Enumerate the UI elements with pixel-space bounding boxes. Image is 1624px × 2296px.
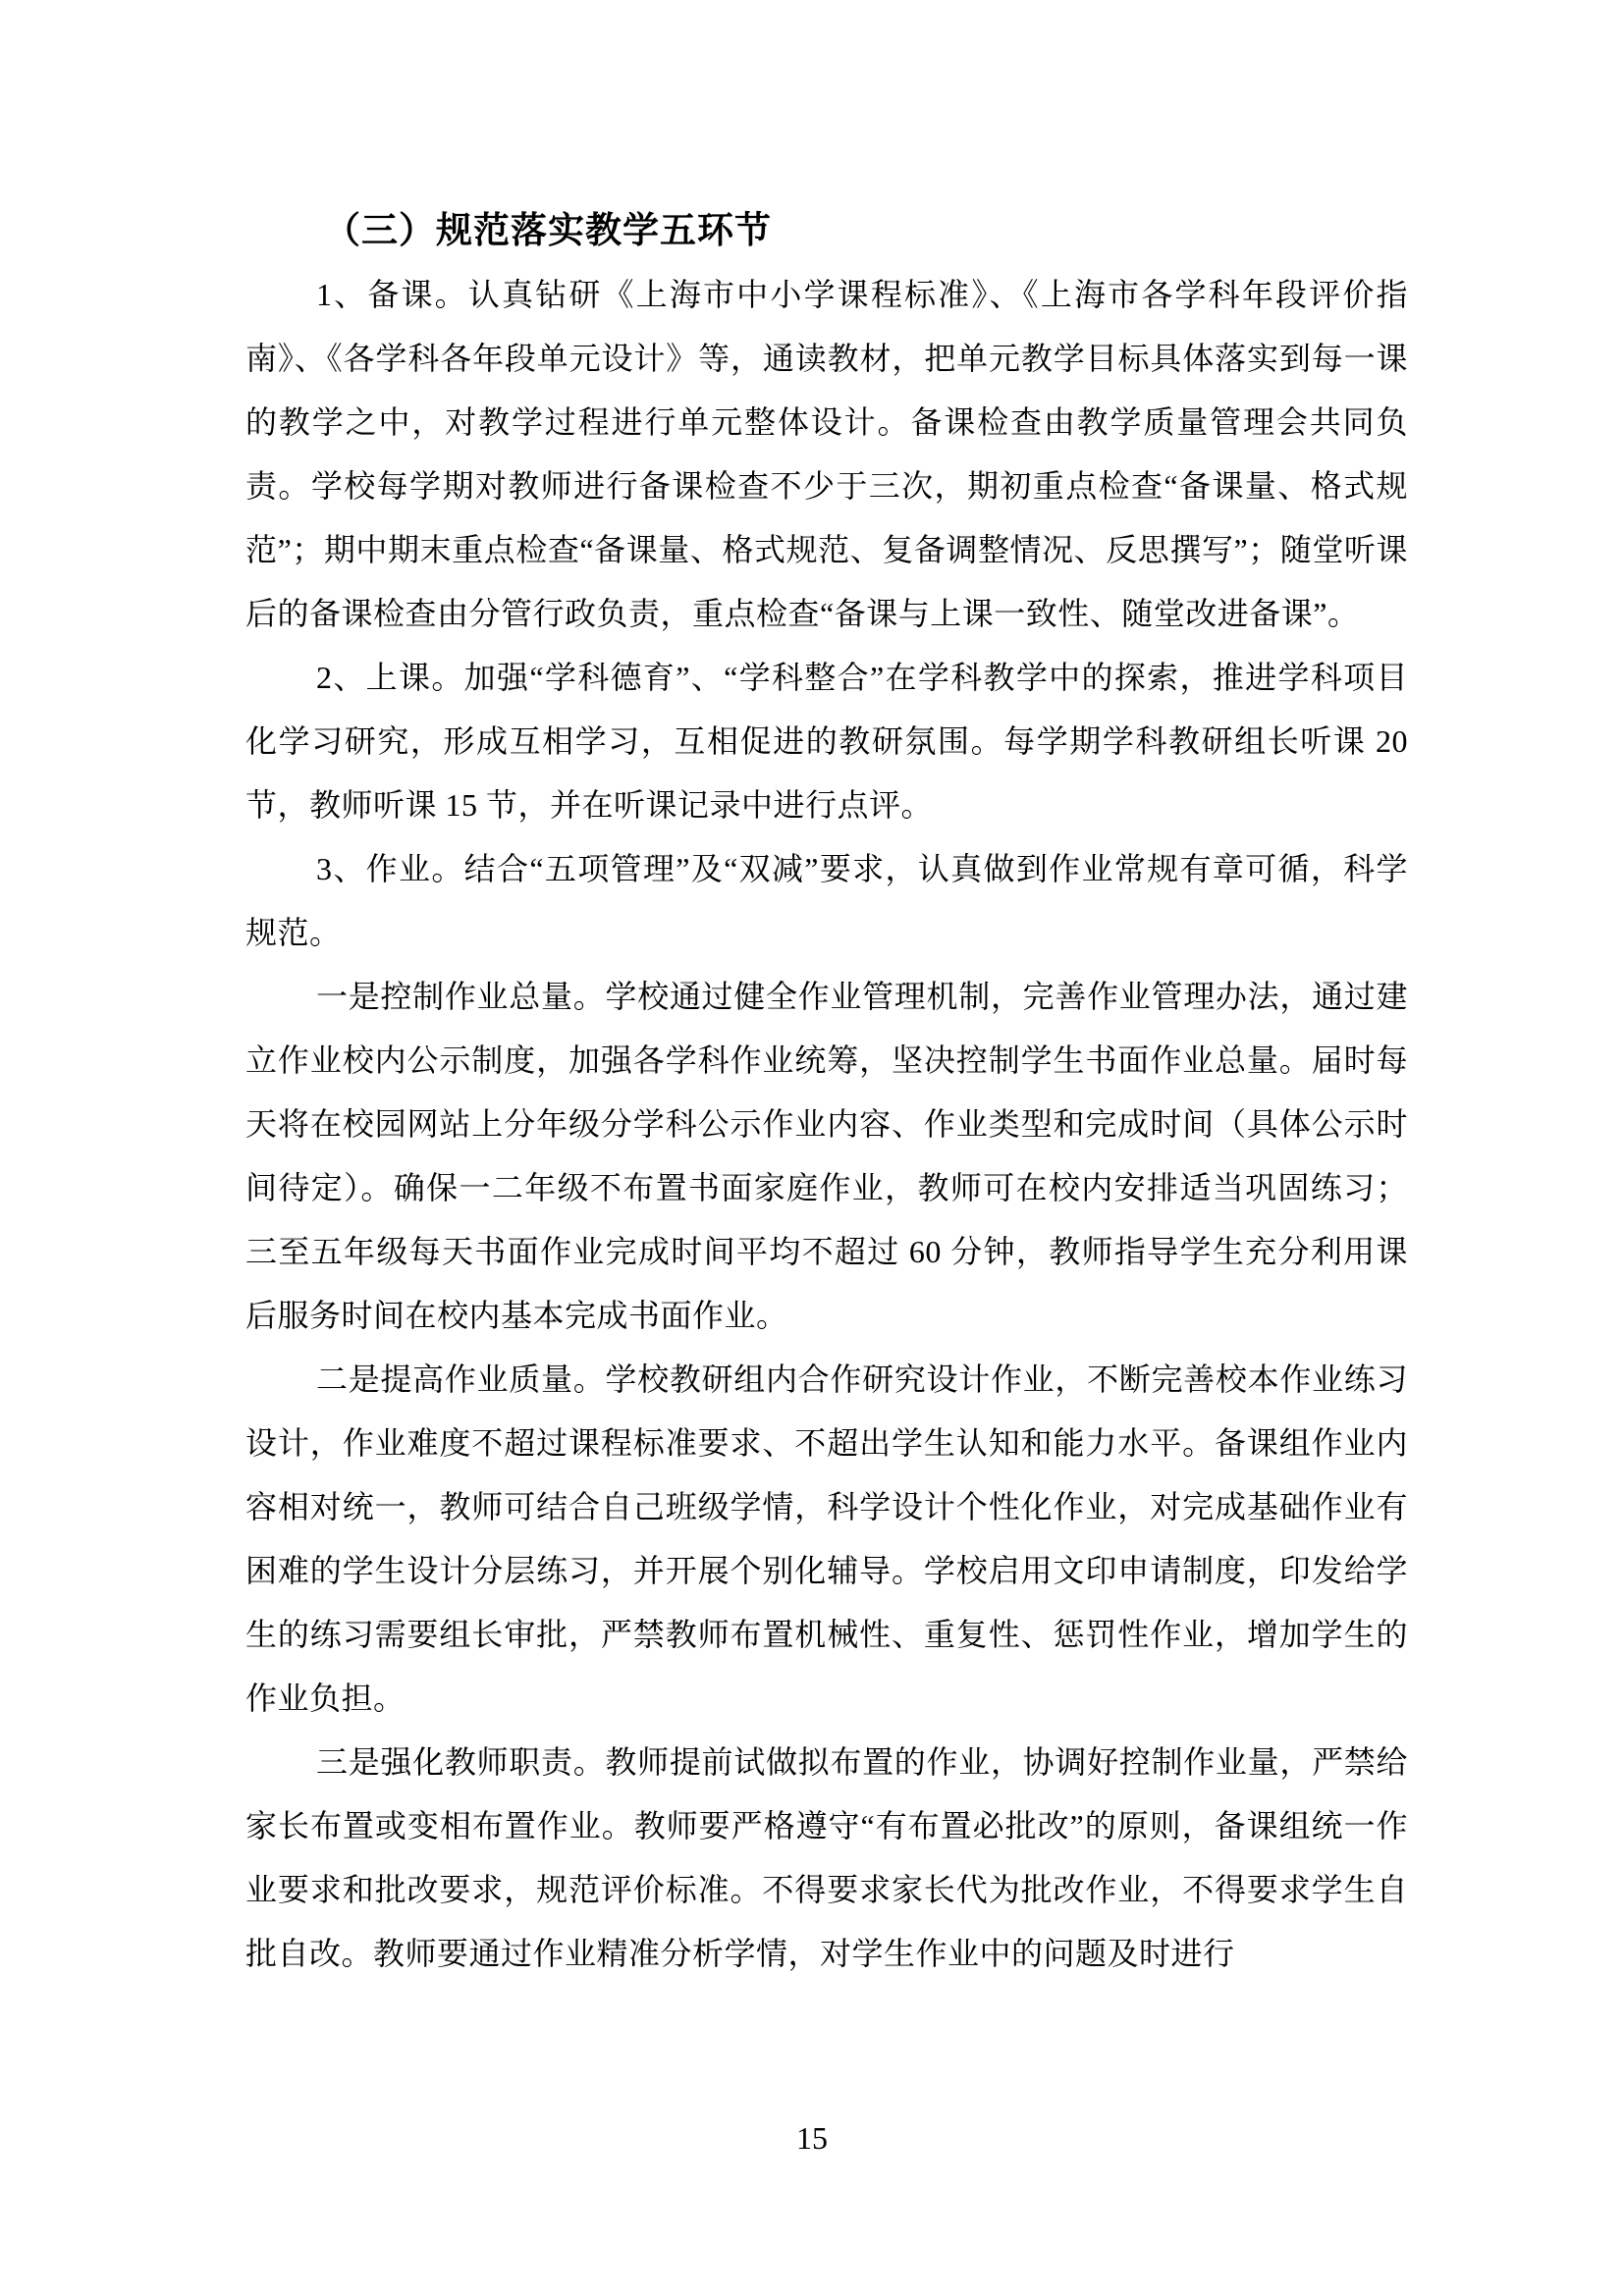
paragraph-1-beike: 1、备课。认真钻研《上海市中小学课程标准》、《上海市各学科年段评价指南》、《各学… (245, 263, 1408, 646)
document-page: （三）规范落实教学五环节 1、备课。认真钻研《上海市中小学课程标准》、《上海市各… (0, 0, 1624, 2296)
paragraph-5-improve-quality: 二是提高作业质量。学校教研组内合作研究设计作业，不断完善校本作业练习设计，作业难… (245, 1348, 1408, 1731)
page-number: 15 (796, 2120, 828, 2156)
paragraph-2-shangke: 2、上课。加强“学科德育”、“学科整合”在学科教学中的探索，推进学科项目化学习研… (245, 646, 1408, 837)
paragraph-4-control-total: 一是控制作业总量。学校通过健全作业管理机制，完善作业管理办法，通过建立作业校内公… (245, 965, 1408, 1348)
section-heading: （三）规范落实教学五环节 (245, 199, 1408, 263)
page-footer: 15 (0, 2118, 1624, 2158)
paragraph-6-teacher-duty: 三是强化教师职责。教师提前试做拟布置的作业，协调好控制作业量，严禁给家长布置或变… (245, 1731, 1408, 1986)
paragraph-3-zuoye: 3、作业。结合“五项管理”及“双减”要求，认真做到作业常规有章可循，科学规范。 (245, 837, 1408, 965)
document-body: （三）规范落实教学五环节 1、备课。认真钻研《上海市中小学课程标准》、《上海市各… (245, 199, 1408, 1986)
